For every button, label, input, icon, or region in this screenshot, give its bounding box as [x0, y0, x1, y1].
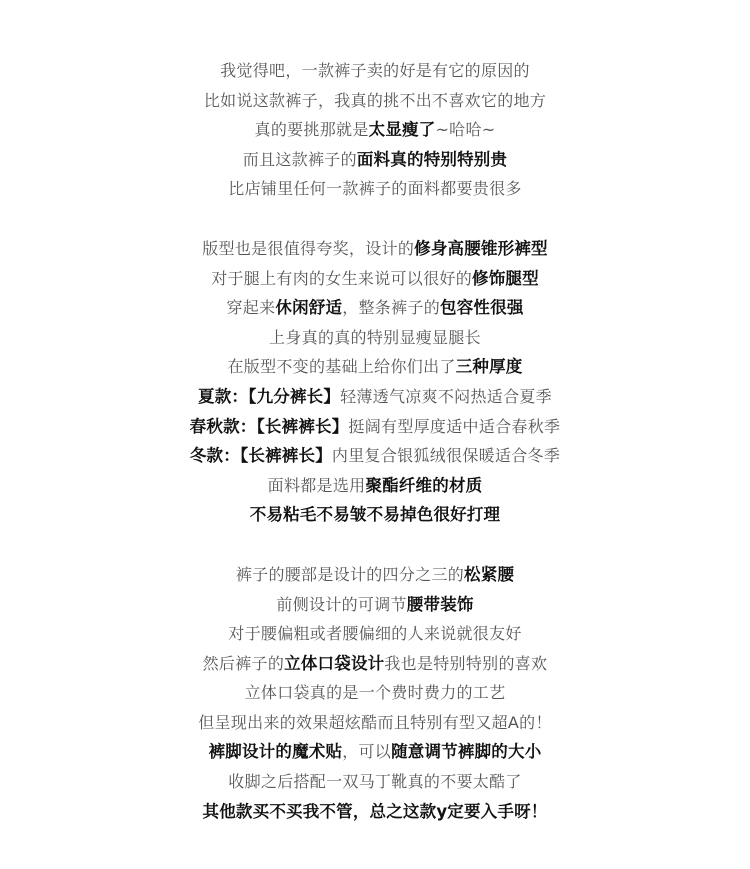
text-line: 夏款：【九分裤长】轻薄透气凉爽不闷热适合夏季 [0, 382, 750, 412]
text-paragraph: 裤子的腰部是设计的四分之三的松紧腰前侧设计的可调节腰带装饰对于腰偏粗或者腰偏细的… [0, 560, 750, 826]
body-text: 我也是特别特别的喜欢 [384, 654, 547, 673]
text-line: 穿起来休闲舒适，整条裤子的包容性很强 [0, 293, 750, 323]
text-line: 对于腿上有肉的女生来说可以很好的修饰腿型 [0, 264, 750, 294]
text-line: 冬款：【长裤裤长】内里复合银狐绒很保暖适合冬季 [0, 441, 750, 471]
body-text: 比店铺里任何一款裤子的面料都要贵很多 [228, 179, 521, 198]
text-line: 我觉得吧，一款裤子卖的好是有它的原因的 [0, 56, 750, 86]
text-line: 裤子的腰部是设计的四分之三的松紧腰 [0, 560, 750, 590]
highlighted-text: 面料真的特别特别贵 [357, 150, 507, 169]
text-line: 裤脚设计的魔术贴，可以随意调节裤脚的大小 [0, 737, 750, 767]
body-text: 版型也是很值得夸奖，设计的 [202, 239, 414, 258]
text-line: 比如说这款裤子，我真的挑不出不喜欢它的地方 [0, 86, 750, 116]
text-line: 对于腰偏粗或者腰偏细的人来说就很友好 [0, 619, 750, 649]
text-line: 比店铺里任何一款裤子的面料都要贵很多 [0, 174, 750, 204]
text-paragraph: 我觉得吧，一款裤子卖的好是有它的原因的比如说这款裤子，我真的挑不出不喜欢它的地方… [0, 56, 750, 204]
body-text: 而且这款裤子的 [243, 150, 357, 169]
text-line: 不易粘毛不易皱不易掉色很好打理 [0, 500, 750, 530]
highlighted-text: 聚酯纤维的材质 [365, 476, 482, 495]
highlighted-text: 松紧腰 [464, 565, 514, 584]
text-paragraph: 版型也是很值得夸奖，设计的修身高腰锥形裤型对于腿上有肉的女生来说可以很好的修饰腿… [0, 234, 750, 530]
body-text: 立体口袋真的是一个费时费力的工艺 [245, 683, 506, 702]
body-text: 比如说这款裤子，我真的挑不出不喜欢它的地方 [204, 91, 546, 110]
body-text: 但呈现出来的效果超炫酷而且特别有型又超A的！ [198, 713, 552, 732]
highlighted-text: 太显瘦了 [369, 120, 436, 139]
product-description: 我觉得吧，一款裤子卖的好是有它的原因的比如说这款裤子，我真的挑不出不喜欢它的地方… [0, 0, 750, 826]
text-line: 而且这款裤子的面料真的特别特别贵 [0, 145, 750, 175]
highlighted-text: 包容性很强 [440, 298, 524, 317]
text-line: 立体口袋真的是一个费时费力的工艺 [0, 678, 750, 708]
text-line: 但呈现出来的效果超炫酷而且特别有型又超A的！ [0, 708, 750, 738]
highlighted-text: 不易粘毛不易皱不易掉色很好打理 [250, 505, 501, 524]
text-line: 其他款买不买我不管，总之这款y定要入手呀！ [0, 797, 750, 827]
text-line: 面料都是选用聚酯纤维的材质 [0, 471, 750, 501]
body-text: 我觉得吧，一款裤子卖的好是有它的原因的 [220, 61, 530, 80]
highlighted-text: 三种厚度 [456, 357, 523, 376]
text-line: 收脚之后搭配一双马丁靴真的不要太酷了 [0, 767, 750, 797]
highlighted-text: 裤脚设计的魔术贴 [209, 742, 343, 761]
highlighted-text: 立体口袋设计 [284, 654, 384, 673]
body-text: 裤子的腰部是设计的四分之三的 [236, 565, 464, 584]
body-text: 穿起来 [226, 298, 275, 317]
text-line: 版型也是很值得夸奖，设计的修身高腰锥形裤型 [0, 234, 750, 264]
highlighted-text: 腰带装饰 [407, 595, 474, 614]
highlighted-text: 随意调节裤脚的大小 [391, 742, 541, 761]
text-line: 上身真的真的特别显瘦显腿长 [0, 323, 750, 353]
body-text: ~哈哈~ [435, 120, 495, 139]
text-line: 春秋款：【长裤裤长】挺阔有型厚度适中适合春秋季 [0, 412, 750, 442]
text-line: 在版型不变的基础上给你们出了三种厚度 [0, 352, 750, 382]
highlighted-text: 休闲舒适 [275, 298, 342, 317]
body-text: 对于腿上有肉的女生来说可以很好的 [211, 269, 472, 288]
body-text: 对于腰偏粗或者腰偏细的人来说就很友好 [228, 624, 521, 643]
body-text: 收脚之后搭配一双马丁靴真的不要太酷了 [228, 772, 521, 791]
body-text: 然后裤子的 [203, 654, 285, 673]
body-text: 轻薄透气凉爽不闷热适合夏季 [340, 387, 552, 406]
highlighted-text: 修饰腿型 [472, 269, 539, 288]
body-text: 挺阔有型厚度适中适合春秋季 [348, 417, 560, 436]
body-text: 前侧设计的可调节 [276, 595, 406, 614]
body-text: ，可以 [342, 742, 391, 761]
body-text: 在版型不变的基础上给你们出了 [227, 357, 455, 376]
highlighted-text: 春秋款：【长裤裤长】 [190, 417, 349, 436]
text-line: 前侧设计的可调节腰带装饰 [0, 590, 750, 620]
text-line: 然后裤子的立体口袋设计我也是特别特别的喜欢 [0, 649, 750, 679]
body-text: 真的要挑那就是 [255, 120, 369, 139]
highlighted-text: 修身高腰锥形裤型 [414, 239, 548, 258]
body-text: 内里复合银狐绒很保暖适合冬季 [332, 446, 560, 465]
highlighted-text: 冬款：【长裤裤长】 [190, 446, 332, 465]
body-text: ，整条裤子的 [342, 298, 440, 317]
body-text: 面料都是选用 [268, 476, 366, 495]
body-text: 上身真的真的特别显瘦显腿长 [269, 328, 481, 347]
highlighted-text: 其他款买不买我不管，总之这款y定要入手呀！ [203, 802, 548, 821]
highlighted-text: 夏款：【九分裤长】 [198, 387, 340, 406]
text-line: 真的要挑那就是太显瘦了~哈哈~ [0, 115, 750, 145]
